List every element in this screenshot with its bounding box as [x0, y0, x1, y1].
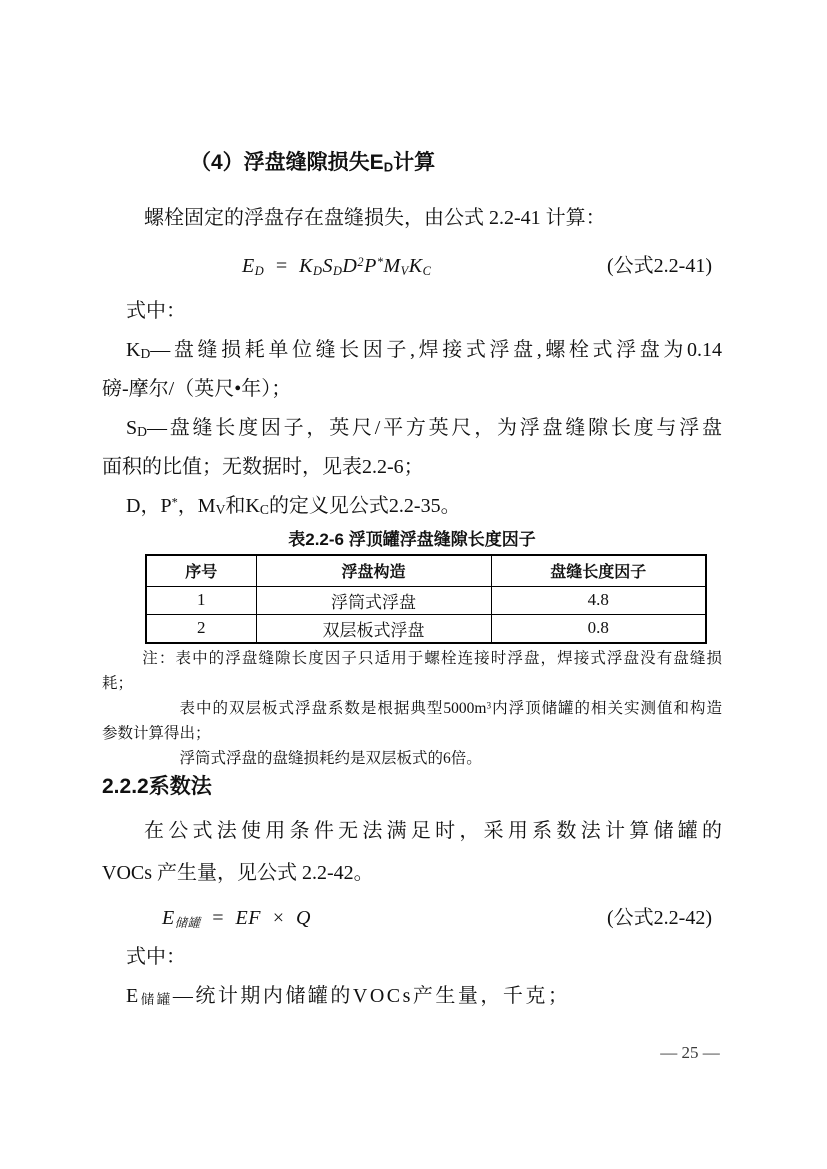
- page-number: — 25 —: [640, 1042, 740, 1064]
- section-2-2-2-heading: 2.2.2系数法: [102, 771, 722, 802]
- formula-2-2-42-row: E储罐 = EF × Q (公式2.2-42): [102, 898, 722, 938]
- formula-2-2-41-label: (公式2.2-41): [607, 246, 712, 286]
- note-2-line2: 参数计算得出；: [102, 721, 722, 746]
- table-2-2-6-title: 表2.2-6 浮顶罐浮盘缝隙长度因子: [102, 526, 722, 554]
- where-label-1: 式中：: [102, 292, 722, 331]
- cell-row2-factor: 0.8: [491, 614, 706, 643]
- formula-2-2-42-label: (公式2.2-42): [607, 898, 712, 938]
- section-4-heading: （4）浮盘缝隙损失ED计算: [190, 148, 722, 183]
- header-cell-structure: 浮盘构造: [256, 555, 491, 587]
- where-label-2: 式中：: [102, 938, 722, 977]
- note-1-line2: 耗；: [102, 671, 722, 696]
- note-2-line1: 表中的双层板式浮盘系数是根据典型5000m3内浮顶储罐的相关实测值和构造: [102, 696, 722, 721]
- note-1-line1: 注：表中的浮盘缝隙长度因子只适用于螺栓连接时浮盘，焊接式浮盘没有盘缝损: [102, 646, 722, 671]
- table-header-row: 序号 浮盘构造 盘缝长度因子: [146, 555, 706, 587]
- document-page: （4）浮盘缝隙损失ED计算 螺栓固定的浮盘存在盘缝损失，由公式 2.2-41 计…: [0, 0, 827, 1169]
- coefficient-paragraph-line1: 在公式法使用条件无法满足时，采用系数法计算储罐的: [102, 810, 722, 852]
- cell-row1-factor: 4.8: [491, 586, 706, 614]
- e-tank-definition-line: E储罐—统计期内储罐的VOCs产生量，千克；: [102, 977, 722, 1016]
- sd-definition-line1: SD—盘缝长度因子，英尺/平方英尺，为浮盘缝隙长度与浮盘: [102, 409, 722, 448]
- table-notes: 注：表中的浮盘缝隙长度因子只适用于螺栓连接时浮盘，焊接式浮盘没有盘缝损 耗； 表…: [102, 646, 722, 771]
- coefficient-paragraph-line2: VOCs 产生量，见公式 2.2-42。: [102, 852, 722, 894]
- page-content: （4）浮盘缝隙损失ED计算 螺栓固定的浮盘存在盘缝损失，由公式 2.2-41 计…: [102, 148, 722, 1016]
- formula-2-2-41: ED = KDSDD2P*MVKC: [242, 246, 431, 286]
- table-row: 2 双层板式浮盘 0.8: [146, 614, 706, 643]
- dp-definition-line: D，P*，MV和KC的定义见公式2.2-35。: [102, 487, 722, 526]
- kd-definition-line1: KD—盘缝损耗单位缝长因子,焊接式浮盘,螺栓式浮盘为0.14: [102, 331, 722, 370]
- cell-row1-index: 1: [146, 586, 256, 614]
- table-2-2-6: 序号 浮盘构造 盘缝长度因子 1 浮筒式浮盘 4.8 2 双层板式浮盘 0.8: [145, 554, 707, 644]
- table-row: 1 浮筒式浮盘 4.8: [146, 586, 706, 614]
- formula-2-2-42: E储罐 = EF × Q: [162, 898, 311, 938]
- header-cell-index: 序号: [146, 555, 256, 587]
- note-3: 浮筒式浮盘的盘缝损耗约是双层板式的6倍。: [102, 746, 722, 771]
- header-cell-factor: 盘缝长度因子: [491, 555, 706, 587]
- cell-row1-structure: 浮筒式浮盘: [256, 586, 491, 614]
- kd-definition-line2: 磅-摩尔/（英尺•年）；: [102, 370, 722, 409]
- cell-row2-structure: 双层板式浮盘: [256, 614, 491, 643]
- sd-definition-line2: 面积的比值；无数据时，见表2.2-6；: [102, 448, 722, 487]
- intro-paragraph: 螺栓固定的浮盘存在盘缝损失，由公式 2.2-41 计算：: [102, 199, 722, 238]
- formula-2-2-41-row: ED = KDSDD2P*MVKC (公式2.2-41): [102, 246, 722, 286]
- cell-row2-index: 2: [146, 614, 256, 643]
